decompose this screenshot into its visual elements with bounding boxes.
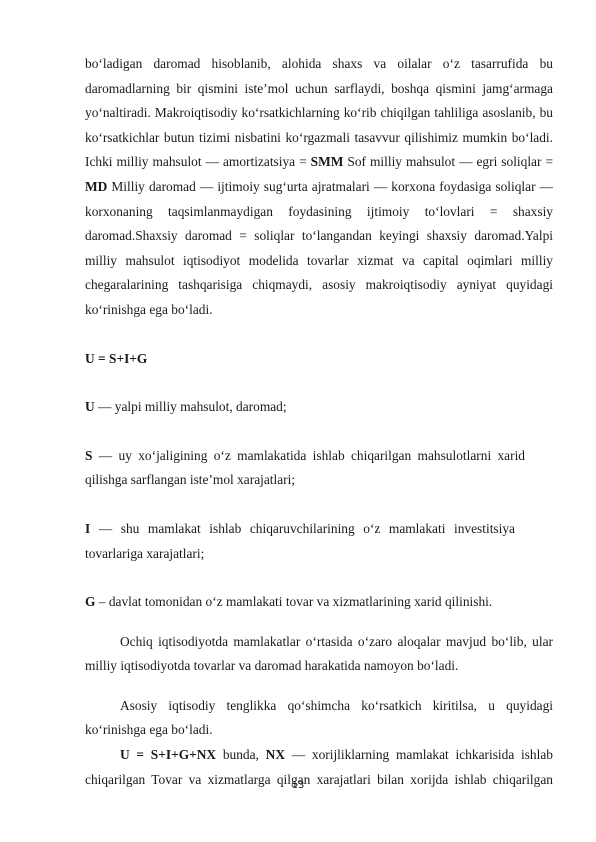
definition-text: uy xo‘jaligining o‘z mamlakatida ishlab … (85, 448, 525, 488)
dash: — (90, 521, 121, 536)
definition-g: G – davlat tomonidan o‘z mamlakati tovar… (85, 590, 553, 615)
definition-text: davlat tomonidan o‘z mamlakati tovar va … (109, 594, 492, 609)
definition-text: yalpi milliy mahsulot, daromad; (115, 399, 287, 414)
open-economy-paragraph: Ochiq iqtisodiyotda mamlakatlar o‘rtasid… (85, 630, 553, 679)
dash: — (95, 399, 115, 414)
additional-indicator-paragraph: Asosiy iqtisodiy tenglikka qo‘shimcha ko… (85, 694, 553, 743)
intro-text-3: Milliy daromad — ijtimoiy sug‘urta ajrat… (85, 179, 553, 317)
nx-term: NX (266, 747, 285, 762)
dash: – (95, 594, 108, 609)
document-page: bo‘ladigan daromad hisoblanib, alohida s… (85, 52, 553, 792)
smm-term: SMM (311, 154, 344, 169)
md-term: MD (85, 179, 107, 194)
dash: — (92, 448, 118, 463)
intro-text-1: bo‘ladigan daromad hisoblanib, alohida s… (85, 56, 553, 169)
formula-basic: U = S+I+G (85, 347, 553, 372)
definition-u: U — yalpi milliy mahsulot, daromad; (85, 395, 553, 420)
definition-i: I — shu mamlakat ishlab chiqaruvchilarin… (85, 517, 515, 566)
intro-text-2: Sof milliy mahsulot — egri soliqlar = (343, 154, 553, 169)
definition-term: U (85, 399, 95, 414)
formula-extended: U = S+I+G+NX (120, 747, 216, 762)
formula-basic-text: U = S+I+G (85, 351, 147, 366)
definition-s: S — uy xo‘jaligining o‘z mamlakatida ish… (85, 444, 525, 493)
page-number: 13 (0, 780, 596, 791)
definition-term: G (85, 594, 95, 609)
connector-text: bunda, (216, 747, 266, 762)
definition-text: shu mamlakat ishlab chiqaruvchilarining … (85, 521, 515, 561)
intro-paragraph: bo‘ladigan daromad hisoblanib, alohida s… (85, 52, 553, 323)
